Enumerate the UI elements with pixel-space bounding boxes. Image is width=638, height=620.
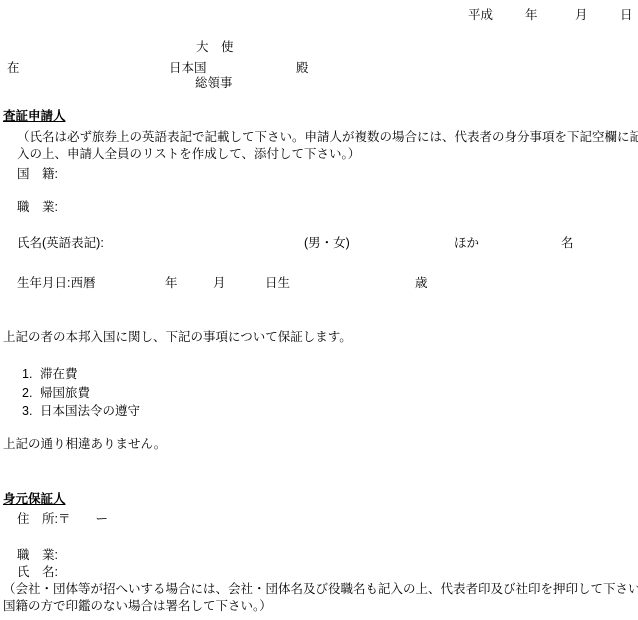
applicant-birth-year-label: 年 (165, 276, 178, 290)
applicant-name-label: 氏名(英語表記): (17, 236, 104, 250)
guarantee-letter-document: 平成 年 月 日 大 使 在 日本国 殿 総領事 査証申請人 （氏名は必ず旅券上… (0, 0, 638, 620)
addressee-in-prefix: 在 (7, 61, 20, 75)
date-day-label: 日 (620, 8, 633, 22)
applicant-note-line1: （氏名は必ず旅券上の英語表記で記載して下さい。申請人が複数の場合には、代表者の身… (17, 130, 638, 144)
date-year-label: 年 (525, 8, 538, 22)
applicant-note-line2: 入の上、申請人全員のリストを作成して、添付して下さい。） (17, 147, 360, 161)
guarantor-note-line2: 国籍の方で印鑑のない場合は署名して下さい。） (3, 599, 272, 613)
guarantor-section-heading: 身元保証人 (3, 492, 66, 506)
addressee-consul-general-label: 総領事 (195, 76, 233, 90)
applicant-birth-month-label: 月 (213, 276, 226, 290)
guarantor-note-line1: （会社・団体等が招へいする場合には、会社・団体名及び役職名も記入の上、代表者印及… (3, 582, 638, 596)
guarantee-intro-text: 上記の者の本邦入国に関し、下記の事項について保証します。 (3, 330, 352, 344)
guarantee-item-text: 滞在費 (40, 367, 78, 381)
applicant-section-heading: 査証申請人 (3, 109, 66, 123)
applicant-birth-day-label: 日生 (265, 276, 290, 290)
guarantee-item-number: 2. (22, 386, 32, 400)
addressee-japan-label: 日本国 (169, 61, 207, 75)
applicant-gender-options: (男・女) (304, 236, 350, 250)
applicant-birthdate-label: 生年月日:西暦 (17, 276, 95, 290)
addressee-ambassador-label: 大 使 (196, 40, 234, 54)
applicant-nationality-label: 国 籍: (17, 167, 58, 181)
date-era-label: 平成 (468, 8, 493, 22)
applicant-count-suffix: 名 (561, 236, 574, 250)
applicant-occupation-label: 職 業: (17, 200, 58, 214)
guarantee-item-number: 3. (22, 404, 32, 418)
guarantor-address-label: 住 所:〒 ー (17, 512, 108, 526)
applicant-age-suffix: 歳 (415, 276, 428, 290)
guarantee-closing-text: 上記の通り相違ありません。 (3, 437, 166, 451)
addressee-honorific: 殿 (296, 61, 309, 75)
guarantee-item-number: 1. (22, 367, 32, 381)
guarantor-occupation-label: 職 業: (17, 548, 58, 562)
date-month-label: 月 (575, 8, 588, 22)
applicant-others-label: ほか (454, 236, 479, 250)
guarantee-item-text: 日本国法令の遵守 (40, 404, 140, 418)
guarantor-name-label: 氏 名: (17, 565, 58, 579)
guarantee-item-text: 帰国旅費 (40, 386, 90, 400)
